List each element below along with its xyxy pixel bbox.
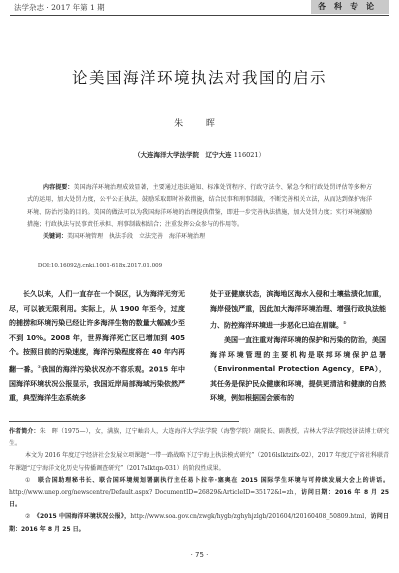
footnote-url[interactable]: http://www.soa.gov.cn/zwgk/hygb/zghyhjzl… <box>130 513 370 520</box>
abstract-text: 美国海洋环境治理成效显著，主要通过违法通知、标准处罚程序、行政守法令、紧急令和行… <box>27 184 372 228</box>
funding-note: 本文为 2016 年度辽宁经济社会发展立项课题“一带一路战略下辽宁海上执法模式研… <box>9 450 389 474</box>
paragraph-text: 长久以来，人们一直存在一个误区，认为海洋无穷无尽，可以被无限利用。实际上，从 1… <box>9 290 185 373</box>
footnote-divider <box>9 421 239 422</box>
author-bio: 作者简介：朱 晖（1975—），女，满族，辽宁岫岩人，大连海洋大学法学院（海警学… <box>9 426 389 450</box>
keywords-text: 美国环境管理 执法手段 立法完善 海洋环境治理 <box>67 233 205 240</box>
running-header: 法学杂志 · 2017 年第 1 期 各科专论 <box>10 0 389 16</box>
body-paragraph: 处于亚健康状态，滨海地区海水入侵和土壤盐渍化加重，海岸侵蚀严重，因此加大海洋环境… <box>210 287 386 333</box>
abstract: 内容提要：美国海洋环境治理成效显著，主要通过违法通知、标准处罚程序、行政守法令、… <box>27 182 372 231</box>
journal-issue: 法学杂志 · 2017 年第 1 期 <box>14 2 105 13</box>
footnote-source: 《2015 中国海洋环境状况公报》， <box>37 513 130 520</box>
body-column-right: 处于亚健康状态，滨海地区海水入侵和土壤盐渍化加重，海岸侵蚀严重，因此加大海洋环境… <box>210 287 386 406</box>
footnote-marker: ① <box>25 477 31 484</box>
section-label: 各科专论 <box>311 0 389 14</box>
footnotes: 作者简介：朱 晖（1975—），女，满族，辽宁岫岩人，大连海洋大学法学院（海警学… <box>9 426 389 536</box>
footnote-ref-2[interactable]: ② <box>343 320 346 325</box>
footnote-url[interactable]: http://www.unep.org/newscentre/Default.a… <box>9 489 301 496</box>
doi: DOI:10.16092/j.cnki.1001-618x.2017.01.00… <box>0 263 200 269</box>
author-affiliation: （大连海洋大学法学院 辽宁大连 116021） <box>0 150 399 159</box>
page-number: · 75 · <box>0 551 399 559</box>
footnote-source: 联合国助理秘书长、联合国环境规划署副执行主任易卜拉辛·塞奥在 2015 国际学生… <box>38 477 389 484</box>
article-author: 朱 晖 <box>0 116 399 129</box>
footnote-2: ② 《2015 中国海洋环境状况公报》，http://www.soa.gov.c… <box>9 511 389 535</box>
abstract-label: 内容提要： <box>43 184 73 191</box>
journal-page: 法学杂志 · 2017 年第 1 期 各科专论 论美国海洋环境执法对我国的启示 … <box>0 0 399 573</box>
abstract-block: 内容提要：美国海洋环境治理成效显著，主要通过违法通知、标准处罚程序、行政守法令、… <box>27 182 372 243</box>
footnote-1: ① 联合国助理秘书长、联合国环境规划署副执行主任易卜拉辛·塞奥在 2015 国际… <box>9 475 389 512</box>
affiliation-name: （大连海洋大学法学院 辽宁大连 <box>134 151 232 159</box>
body-paragraph: 美国一直注重对海洋环境的保护和污染的防治，美国海洋环境管理的主要机构是联邦环境保… <box>210 333 386 406</box>
paragraph-text: 处于亚健康状态，滨海地区海水入侵和土壤盐渍化加重，海岸侵蚀严重，因此加大海洋环境… <box>210 290 386 330</box>
author-bio-label: 作者简介： <box>9 428 40 435</box>
body-paragraph: 长久以来，人们一直存在一个误区，认为海洋无穷无尽，可以被无限利用。实际上，从 1… <box>9 287 185 406</box>
body-column-left: 长久以来，人们一直存在一个误区，认为海洋无穷无尽，可以被无限利用。实际上，从 1… <box>9 287 185 406</box>
postal-code: 116021） <box>234 151 265 159</box>
keywords-label: 关键词： <box>43 233 67 240</box>
article-title: 论美国海洋环境执法对我国的启示 <box>0 66 399 88</box>
author-bio-text: 朱 晖（1975—），女，满族，辽宁岫岩人，大连海洋大学法学院（海警学院）副院长… <box>9 428 389 447</box>
keywords: 关键词：美国环境管理 执法手段 立法完善 海洋环境治理 <box>27 231 372 243</box>
footnote-marker: ② <box>25 513 31 520</box>
